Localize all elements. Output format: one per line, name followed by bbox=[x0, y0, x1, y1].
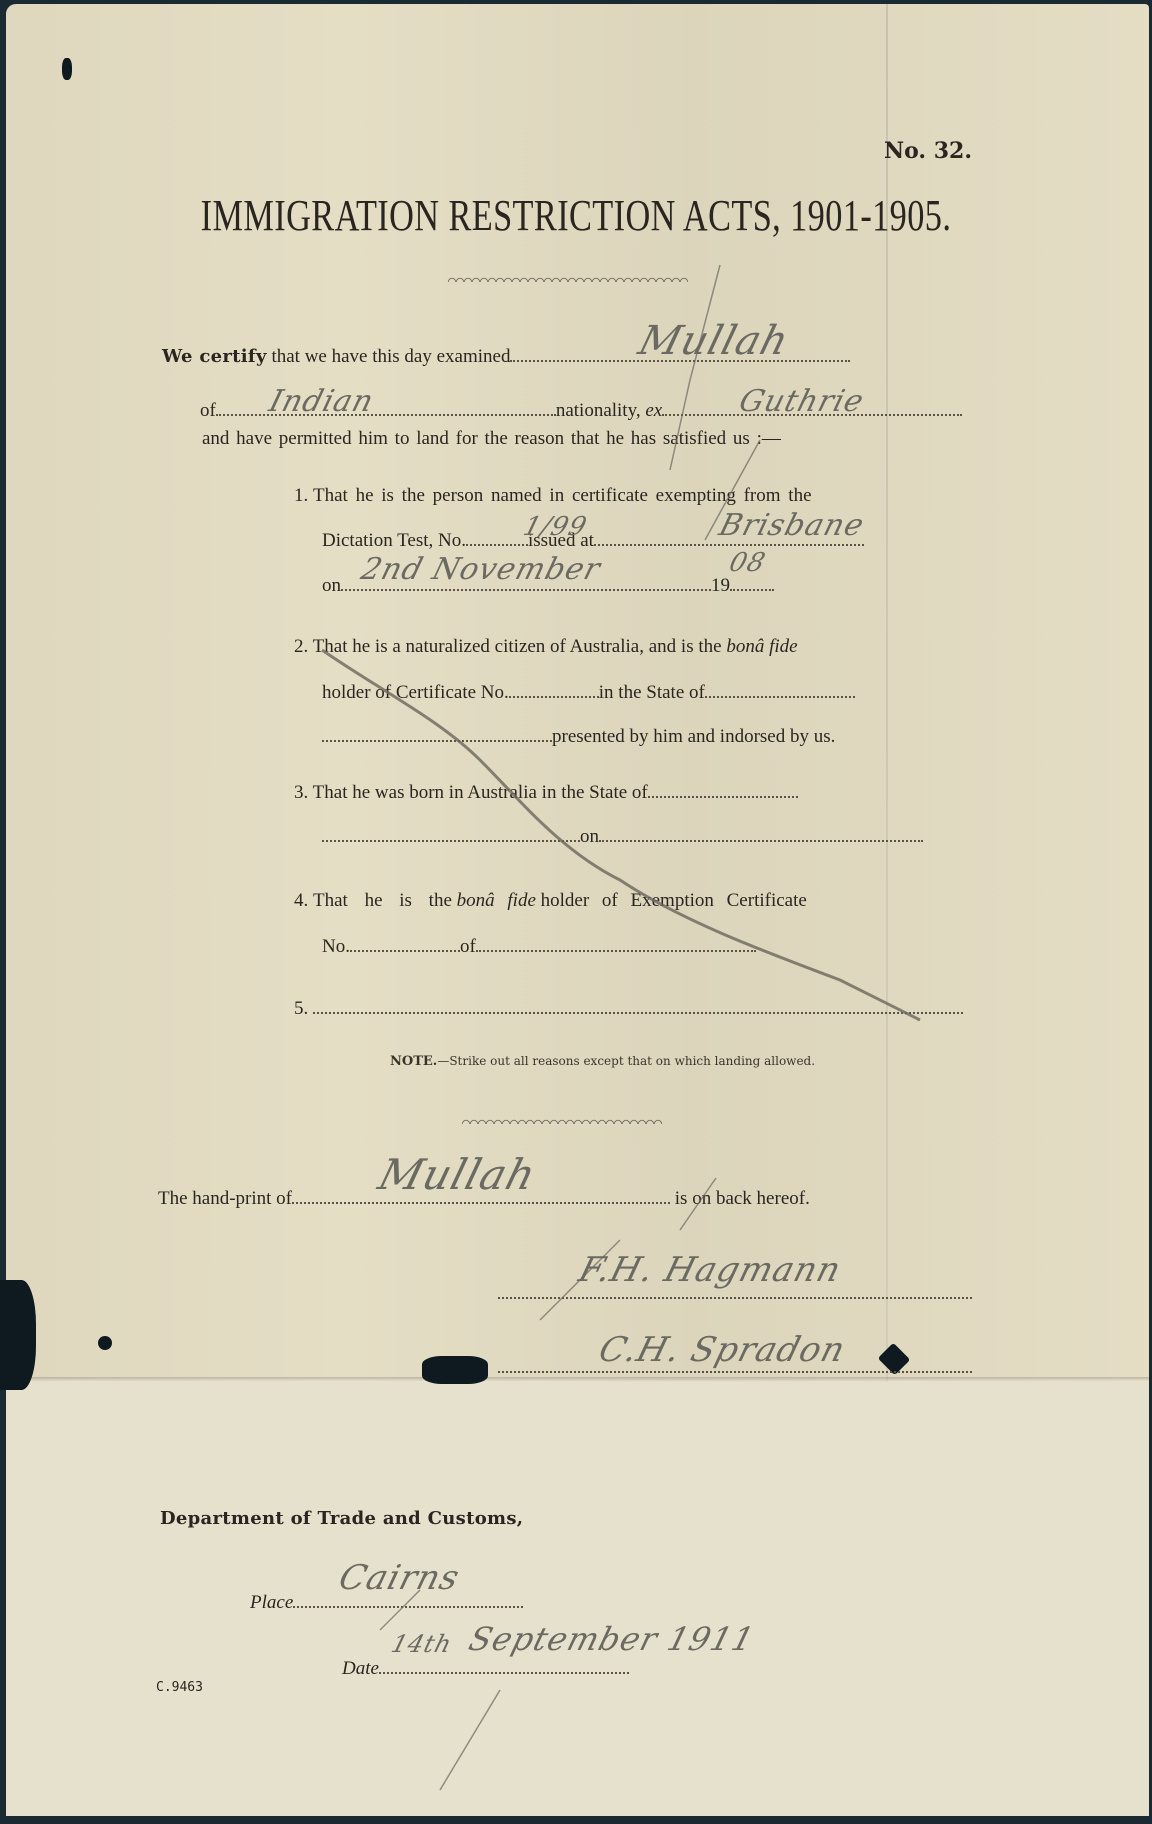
handwritten-nationality: Indian bbox=[265, 384, 378, 419]
reason-2-line-2: holder of Certificate No.in the State of bbox=[322, 682, 855, 704]
presented-field[interactable] bbox=[322, 739, 552, 742]
ink-blot-left-edge bbox=[0, 1280, 36, 1390]
title-divider bbox=[448, 276, 688, 282]
note-text: —Strike out all reasons except that on w… bbox=[437, 1054, 815, 1068]
of-label: of bbox=[460, 936, 476, 957]
handprint-suffix: is on back hereof. bbox=[675, 1188, 810, 1209]
form-number: No. 32. bbox=[884, 138, 972, 164]
place-label: Place bbox=[250, 1592, 293, 1613]
handwritten-on-date: 2nd November bbox=[357, 552, 604, 587]
bona-fide-text: bonâ fide bbox=[726, 636, 797, 657]
note-label: NOTE. bbox=[390, 1054, 437, 1069]
tear-mark bbox=[422, 1356, 488, 1384]
note-divider bbox=[462, 1118, 662, 1124]
signature-2-field[interactable] bbox=[498, 1370, 972, 1373]
presented-text: presented by him and indorsed by us. bbox=[552, 726, 835, 747]
reason-3-line-1: 3. That he was born in Australia in the … bbox=[294, 782, 798, 804]
reason-number: 2. bbox=[294, 636, 308, 657]
certify-intro: We certify bbox=[162, 346, 267, 367]
date-line: Date bbox=[342, 1658, 629, 1680]
on-label: on bbox=[322, 575, 341, 596]
handwritten-dictation-no: 1/99 bbox=[520, 512, 590, 542]
date-field[interactable] bbox=[379, 1671, 629, 1674]
exemption-of-field[interactable] bbox=[476, 949, 756, 952]
handwritten-place: Cairns bbox=[335, 1558, 464, 1598]
reason-5-line: 5. bbox=[294, 998, 963, 1020]
birth-place-field[interactable] bbox=[322, 839, 580, 842]
issued-at-field[interactable] bbox=[594, 543, 864, 546]
permitted-line: and have permitted him to land for the r… bbox=[202, 428, 781, 450]
reason-3-line-2: on bbox=[322, 826, 923, 848]
birth-state-field[interactable] bbox=[648, 795, 798, 798]
handwritten-signature-2: C.H. Spradon bbox=[595, 1330, 850, 1370]
year-field[interactable] bbox=[730, 588, 774, 591]
certificate-no-field[interactable] bbox=[509, 695, 599, 698]
certify-text: that we have this day examined bbox=[271, 346, 510, 367]
handwritten-date-day: 14th bbox=[388, 1630, 455, 1658]
handprint-label: The hand-print of bbox=[158, 1188, 292, 1209]
on-label: on bbox=[580, 826, 599, 847]
reason-number: 5. bbox=[294, 998, 308, 1019]
reason-2-line-3: presented by him and indorsed by us. bbox=[322, 726, 835, 748]
ink-blot-top-left bbox=[62, 58, 72, 80]
reason-2-text: That he is a naturalized citizen of Aust… bbox=[313, 636, 722, 657]
reason-number: 4. bbox=[294, 890, 308, 911]
handwritten-ship: Guthrie bbox=[735, 384, 868, 419]
state-label: in the State of bbox=[599, 682, 705, 703]
handwritten-examined-name: Mullah bbox=[634, 318, 794, 364]
date-label: Date bbox=[342, 1658, 379, 1679]
bona-fide-text: bonâ fide bbox=[457, 890, 536, 911]
of-label: of bbox=[200, 400, 216, 421]
certificate-no-label: holder of Certificate No. bbox=[322, 682, 509, 703]
handwritten-signature-1: F.H. Hagmann bbox=[575, 1250, 846, 1290]
reason-4-line-1: 4. That he is the bonâ fide holder of Ex… bbox=[294, 890, 807, 912]
exemption-no-field[interactable] bbox=[350, 949, 460, 952]
ink-dot bbox=[98, 1336, 112, 1350]
reason-number: 3. bbox=[294, 782, 308, 803]
reason-1-line-1: 1. That he is the person named in certif… bbox=[294, 485, 812, 507]
reason-1-text: That he is the person named in certifica… bbox=[313, 485, 812, 506]
dictation-label: Dictation Test, No. bbox=[322, 530, 466, 551]
nationality-label: nationality, bbox=[556, 400, 641, 421]
note: NOTE.—Strike out all reasons except that… bbox=[390, 1054, 815, 1069]
handwritten-issued-at: Brisbane bbox=[715, 508, 868, 543]
reason-4-text: That he is the bbox=[313, 890, 452, 911]
dictation-no-field[interactable] bbox=[466, 543, 528, 546]
reason-3-text: That he was born in Australia in the Sta… bbox=[313, 782, 648, 803]
reason-5-field[interactable] bbox=[313, 1011, 963, 1014]
state-field[interactable] bbox=[705, 695, 855, 698]
no-label: No. bbox=[322, 936, 350, 957]
handprint-name-field[interactable] bbox=[292, 1201, 670, 1204]
place-field[interactable] bbox=[293, 1605, 523, 1608]
handwritten-date: September 1911 bbox=[465, 1620, 759, 1658]
exemption-text: holder of Exemption Certificate bbox=[541, 890, 807, 911]
on-date-field[interactable] bbox=[341, 588, 711, 591]
birth-date-field[interactable] bbox=[599, 839, 923, 842]
ex-label: ex bbox=[645, 400, 662, 421]
lower-panel bbox=[6, 1382, 1149, 1816]
department-name: Department of Trade and Customs, bbox=[160, 1508, 523, 1529]
reason-4-line-2: No.of bbox=[322, 936, 756, 958]
signature-1-field[interactable] bbox=[498, 1296, 972, 1299]
reason-2-line-1: 2. That he is a naturalized citizen of A… bbox=[294, 636, 798, 658]
page-title: IMMIGRATION RESTRICTION ACTS, 1901-1905. bbox=[127, 190, 1026, 241]
year-prefix: 19 bbox=[711, 575, 730, 596]
form-code: C.9463 bbox=[156, 1680, 203, 1695]
horizontal-fold bbox=[6, 1377, 1149, 1382]
reason-number: 1. bbox=[294, 485, 308, 506]
handwritten-handprint-name: Mullah bbox=[373, 1150, 541, 1199]
